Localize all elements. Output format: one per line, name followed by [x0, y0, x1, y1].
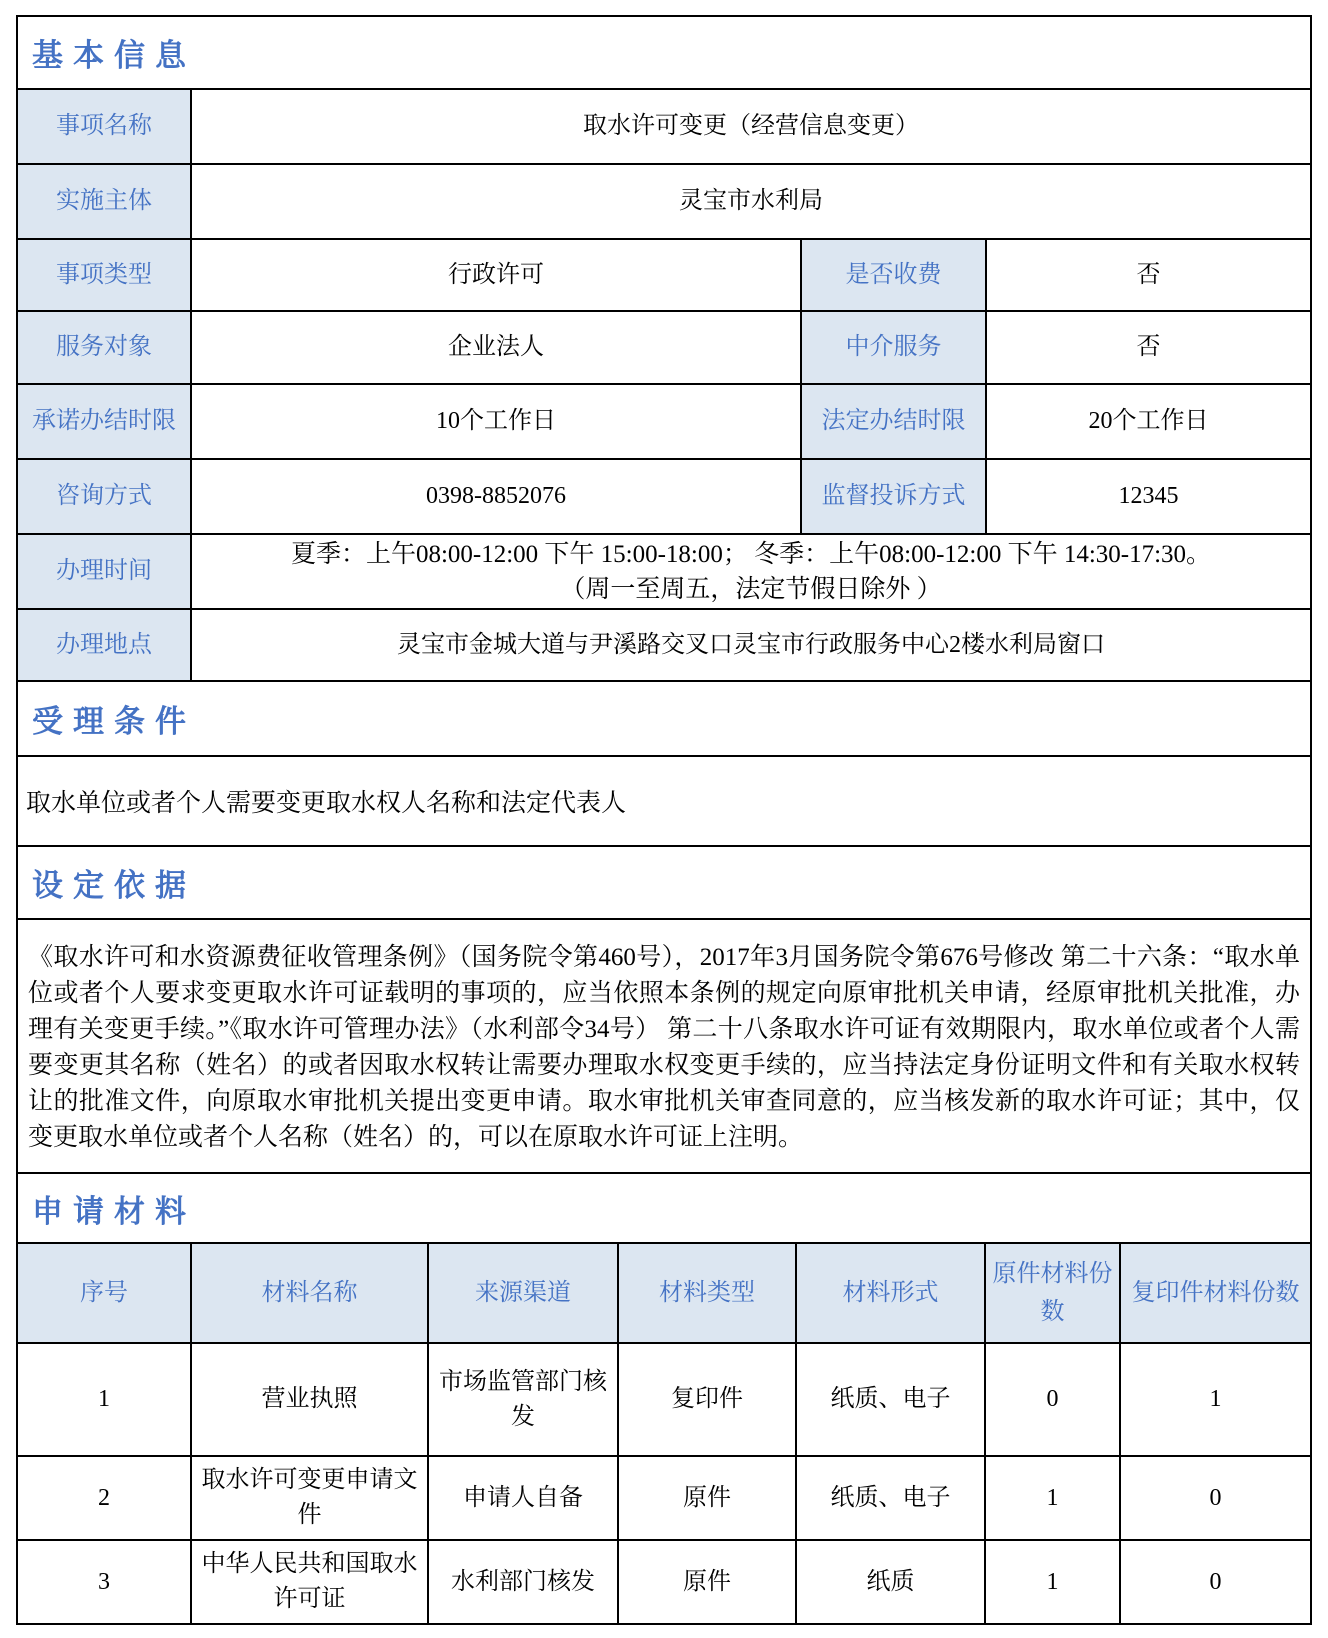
- row-item-name: 事项名称 取水许可变更（经营信息变更）: [18, 90, 1310, 165]
- basis-content: 《取水许可和水资源费征收管理条例》（国务院令第460号），2017年3月国务院令…: [18, 920, 1310, 1174]
- header-cell-material-form: 材料形式: [797, 1244, 986, 1342]
- cell-material-type: 复印件: [619, 1344, 797, 1455]
- handling-time-label: 办理时间: [18, 535, 192, 608]
- row-implementer: 实施主体 灵宝市水利局: [18, 165, 1310, 240]
- header-cell-photocopy-copies: 复印件材料份数: [1121, 1244, 1310, 1342]
- service-target-value: 企业法人: [192, 312, 802, 383]
- handling-location-value: 灵宝市金城大道与尹溪路交叉口灵宝市行政服务中心2楼水利局窗口: [192, 610, 1310, 680]
- statutory-limit-label: 法定办结时限: [802, 385, 987, 458]
- cell-material-form: 纸质: [797, 1541, 986, 1623]
- cell-photocopy-copies: 0: [1121, 1457, 1310, 1539]
- consult-label: 咨询方式: [18, 460, 192, 533]
- cell-material-type: 原件: [619, 1541, 797, 1623]
- item-name-value: 取水许可变更（经营信息变更）: [192, 90, 1310, 163]
- handling-time-value: 夏季：上午08:00-12:00 下午 15:00-18:00； 冬季：上午08…: [192, 535, 1310, 608]
- materials-table: 序号 材料名称 来源渠道 材料类型 材料形式 原件材料份数 复印件材料份数 1 …: [18, 1244, 1310, 1623]
- handling-time-line2: （周一至周五，法定节假日除外 ）: [560, 572, 941, 607]
- complaint-value: 12345: [987, 460, 1310, 533]
- handling-location-label: 办理地点: [18, 610, 192, 680]
- complaint-label: 监督投诉方式: [802, 460, 987, 533]
- section-title-basic-info: 基本信息: [18, 17, 1310, 90]
- promised-limit-value: 10个工作日: [192, 385, 802, 458]
- service-info-document: 基本信息 事项名称 取水许可变更（经营信息变更） 实施主体 灵宝市水利局 事项类…: [16, 15, 1312, 1625]
- header-cell-material-name: 材料名称: [192, 1244, 429, 1342]
- item-type-label: 事项类型: [18, 240, 192, 310]
- header-cell-source-channel: 来源渠道: [429, 1244, 619, 1342]
- cell-seq: 1: [18, 1344, 192, 1455]
- row-handling-location: 办理地点 灵宝市金城大道与尹溪路交叉口灵宝市行政服务中心2楼水利局窗口: [18, 610, 1310, 682]
- intermediary-label: 中介服务: [802, 312, 987, 383]
- service-target-label: 服务对象: [18, 312, 192, 383]
- row-time-limits: 承诺办结时限 10个工作日 法定办结时限 20个工作日: [18, 385, 1310, 460]
- row-handling-time: 办理时间 夏季：上午08:00-12:00 下午 15:00-18:00； 冬季…: [18, 535, 1310, 610]
- row-contact: 咨询方式 0398-8852076 监督投诉方式 12345: [18, 460, 1310, 535]
- header-cell-original-copies: 原件材料份数: [986, 1244, 1121, 1342]
- section-title-acceptance: 受理条件: [18, 682, 1310, 757]
- cell-material-form: 纸质、电子: [797, 1457, 986, 1539]
- handling-time-line1: 夏季：上午08:00-12:00 下午 15:00-18:00； 冬季：上午08…: [291, 537, 1211, 572]
- implementer-value: 灵宝市水利局: [192, 165, 1310, 238]
- cell-material-name: 营业执照: [192, 1344, 429, 1455]
- cell-material-type: 原件: [619, 1457, 797, 1539]
- charge-label: 是否收费: [802, 240, 987, 310]
- cell-source-channel: 市场监管部门核发: [429, 1344, 619, 1455]
- implementer-label: 实施主体: [18, 165, 192, 238]
- statutory-limit-value: 20个工作日: [987, 385, 1310, 458]
- cell-original-copies: 0: [986, 1344, 1121, 1455]
- cell-source-channel: 水利部门核发: [429, 1541, 619, 1623]
- charge-value: 否: [987, 240, 1310, 310]
- header-cell-material-type: 材料类型: [619, 1244, 797, 1342]
- cell-photocopy-copies: 0: [1121, 1541, 1310, 1623]
- cell-original-copies: 1: [986, 1541, 1121, 1623]
- header-cell-seq: 序号: [18, 1244, 192, 1342]
- section-title-basis: 设定依据: [18, 847, 1310, 920]
- item-type-value: 行政许可: [192, 240, 802, 310]
- materials-row-2: 2 取水许可变更申请文件 申请人自备 原件 纸质、电子 1 0: [18, 1457, 1310, 1541]
- item-name-label: 事项名称: [18, 90, 192, 163]
- cell-seq: 3: [18, 1541, 192, 1623]
- acceptance-content: 取水单位或者个人需要变更取水权人名称和法定代表人: [18, 757, 1310, 847]
- cell-material-name: 取水许可变更申请文件: [192, 1457, 429, 1539]
- cell-photocopy-copies: 1: [1121, 1344, 1310, 1455]
- materials-row-1: 1 营业执照 市场监管部门核发 复印件 纸质、电子 0 1: [18, 1344, 1310, 1457]
- materials-header-row: 序号 材料名称 来源渠道 材料类型 材料形式 原件材料份数 复印件材料份数: [18, 1244, 1310, 1344]
- cell-seq: 2: [18, 1457, 192, 1539]
- section-title-materials: 申请材料: [18, 1174, 1310, 1244]
- cell-material-name: 中华人民共和国取水许可证: [192, 1541, 429, 1623]
- row-item-type: 事项类型 行政许可 是否收费 否: [18, 240, 1310, 312]
- cell-material-form: 纸质、电子: [797, 1344, 986, 1455]
- cell-original-copies: 1: [986, 1457, 1121, 1539]
- cell-source-channel: 申请人自备: [429, 1457, 619, 1539]
- row-service-target: 服务对象 企业法人 中介服务 否: [18, 312, 1310, 385]
- promised-limit-label: 承诺办结时限: [18, 385, 192, 458]
- materials-row-3: 3 中华人民共和国取水许可证 水利部门核发 原件 纸质 1 0: [18, 1541, 1310, 1623]
- intermediary-value: 否: [987, 312, 1310, 383]
- consult-value: 0398-8852076: [192, 460, 802, 533]
